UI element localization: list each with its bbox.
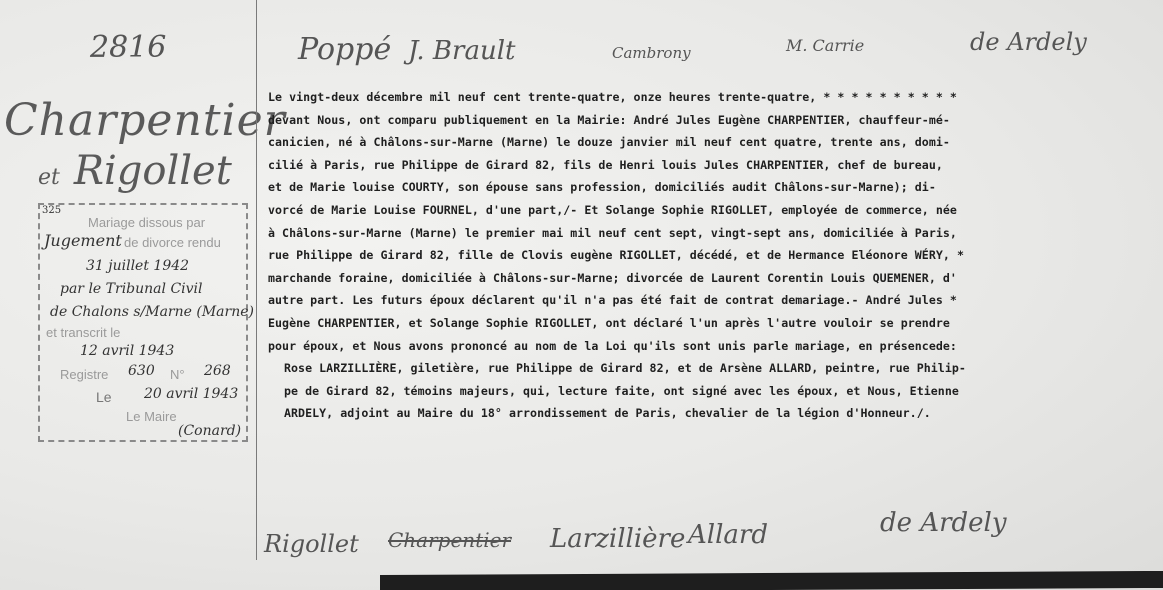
body-line: vorcé de Marie Louise FOURNEL, d'une par… (268, 199, 1158, 222)
stamp-transcription-date: 12 avril 1943 (80, 343, 174, 359)
body-line: marchande foraine, domiciliée à Châlons-… (268, 267, 1158, 290)
bottom-signature-2: Charpentier (388, 528, 511, 552)
body-line: ARDELY, adjoint au Maire du 18° arrondis… (268, 402, 1158, 425)
body-line: pour époux, et Nous avons prononcé au no… (268, 335, 1158, 358)
body-line: autre part. Les futurs époux déclarent q… (268, 289, 1158, 312)
margin-name-bride: etRigollet (38, 148, 232, 194)
stamp-registre-value: 630 (128, 363, 155, 379)
stamp-jugement: Jugement (44, 231, 122, 250)
body-line: Eugène CHARPENTIER, et Solange Sophie RI… (268, 312, 1158, 335)
stamp-numero-value: 268 (204, 363, 231, 379)
record-number: 2816 (90, 30, 166, 65)
body-line: canicien, né à Châlons-sur-Marne (Marne)… (268, 131, 1158, 154)
margin-divider (256, 0, 257, 560)
stamp-judgment-date: 31 juillet 1942 (86, 258, 189, 274)
top-signature-2: J. Brault (408, 36, 515, 66)
stamp-printed-3: et transcrit le (46, 325, 120, 340)
margin-connector: et (38, 165, 60, 190)
scan-edge (380, 571, 1163, 590)
stamp-mayor-label: Le Maire (126, 409, 177, 424)
body-line: rue Philippe de Girard 82, fille de Clov… (268, 244, 1158, 267)
margin-bride-name: Rigollet (74, 148, 232, 194)
top-signature-4: M. Carrie (786, 36, 864, 55)
document-page: 2816 Charpentier etRigollet 325 Mariage … (0, 0, 1163, 590)
stamp-printed-2: de divorce rendu (124, 235, 221, 250)
stamp-registre-label: Registre (60, 367, 108, 382)
body-line: cilié à Paris, rue Philippe de Girard 82… (268, 154, 1158, 177)
body-line: pe de Girard 82, témoins majeurs, qui, l… (268, 380, 1158, 403)
bottom-signature-5: de Ardely (880, 508, 1007, 538)
top-signature-5: de Ardely (970, 28, 1087, 56)
body-line: Rose LARZILLIÈRE, giletière, rue Philipp… (268, 357, 1158, 380)
stamp-court: par le Tribunal Civil (60, 281, 203, 297)
body-line: Le vingt-deux décembre mil neuf cent tre… (268, 86, 1158, 109)
body-line: devant Nous, ont comparu publiquement en… (268, 109, 1158, 132)
stamp-printed-1: Mariage dissous par (88, 215, 205, 230)
record-body: Le vingt-deux décembre mil neuf cent tre… (268, 86, 1158, 425)
stamp-le-date: 20 avril 1943 (144, 386, 238, 402)
stamp-number: 325 (42, 205, 61, 216)
divorce-stamp: 325 Mariage dissous par Jugement de divo… (38, 203, 248, 442)
stamp-le-label: Le (96, 389, 112, 405)
top-signature-3: Cambrony (612, 44, 691, 62)
stamp-mayor-signature: (Conard) (178, 423, 241, 439)
bottom-signature-1: Rigollet (264, 530, 359, 558)
body-line: à Châlons-sur-Marne (Marne) le premier m… (268, 222, 1158, 245)
bottom-signature-3: Larzillière (550, 524, 685, 554)
body-line: et de Marie louise COURTY, son épouse sa… (268, 176, 1158, 199)
stamp-numero-label: N° (170, 367, 185, 382)
stamp-place: de Chalons s/Marne (Marne) (50, 304, 254, 320)
bottom-signature-4: Allard (688, 520, 768, 550)
top-signature-1: Poppé (298, 32, 391, 67)
margin-name-groom: Charpentier (4, 95, 286, 146)
